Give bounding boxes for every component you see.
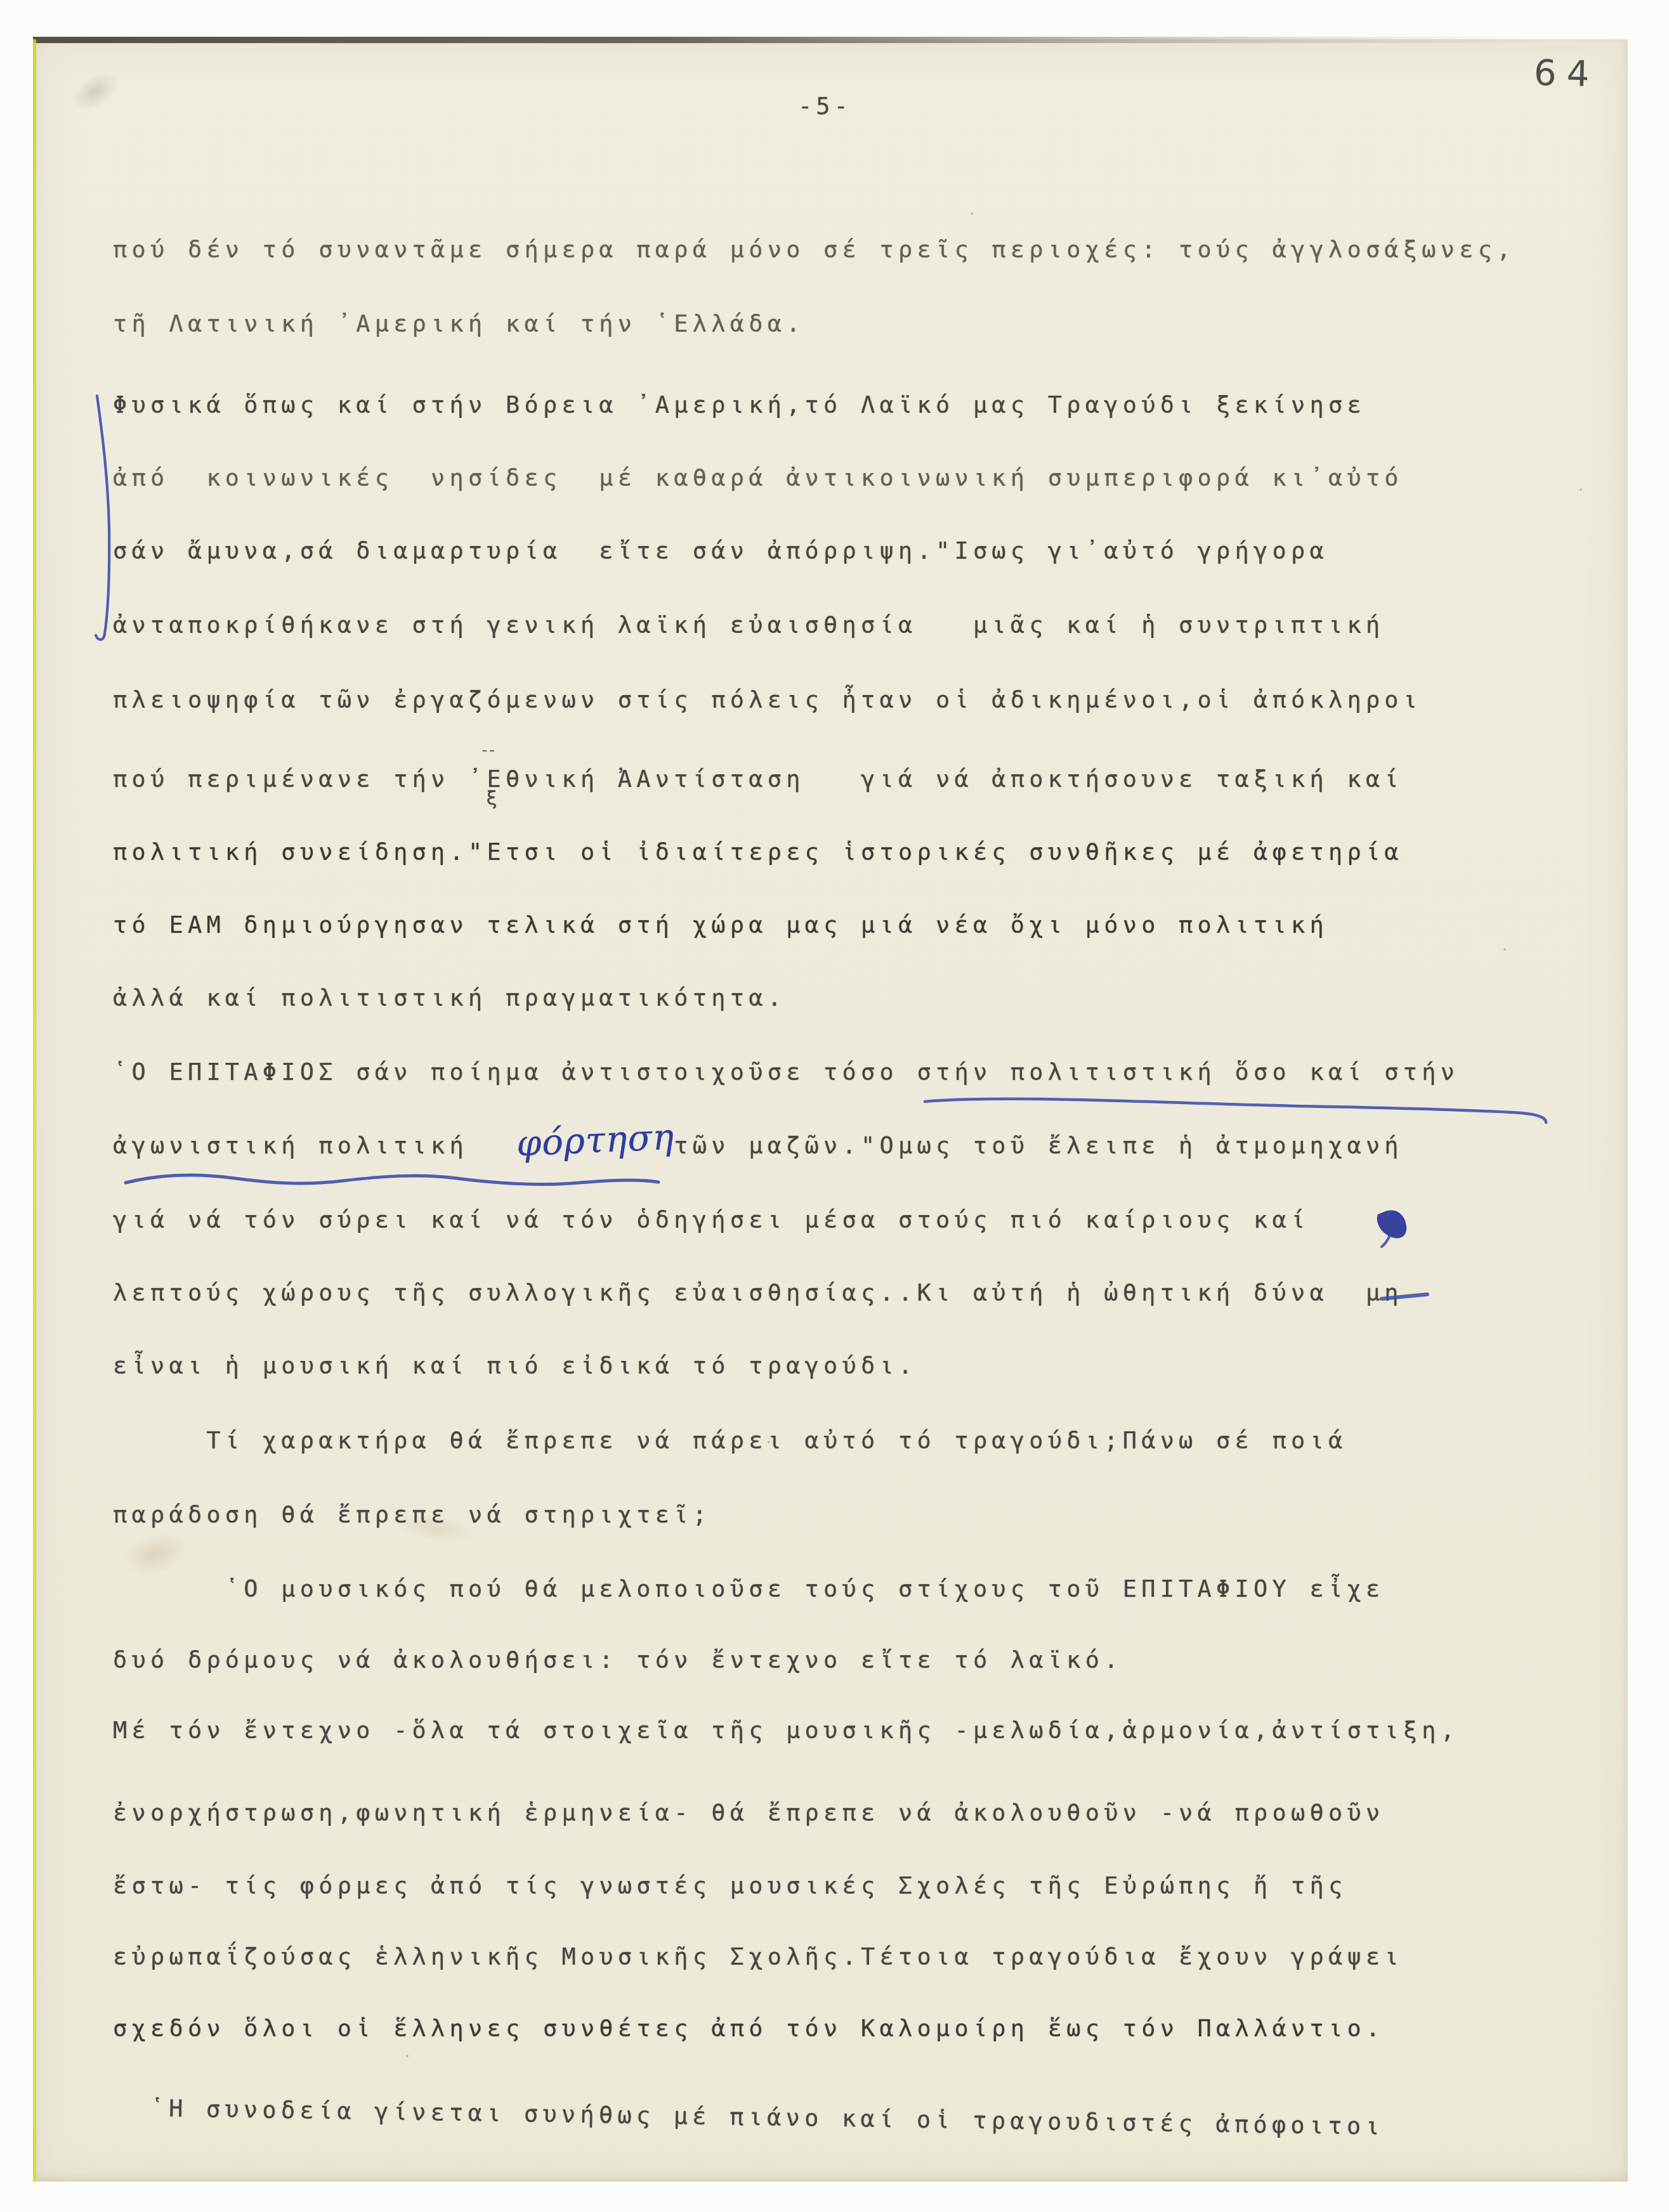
typed-line-9: πολιτική συνείδηση."Ετσι οἱ ἰδιαίτερες ἱ…	[113, 837, 1403, 868]
typed-line-1: πού δέν τό συναντᾶμε σήμερα παρά μόνο σέ…	[113, 235, 1515, 265]
typed-line-24: εὐρωπαΐζούσας ἑλληνικῆς Μουσικῆς Σχολῆς.…	[113, 1942, 1403, 1972]
paper-sheet	[33, 39, 1628, 2182]
paper-speck	[1503, 948, 1506, 951]
typed-line-18: παράδοση θά ἔπρεπε νά στηριχτεῖ;	[113, 1500, 711, 1530]
paper-speck	[1580, 488, 1582, 491]
typed-line-21: Μέ τόν ἔντεχνο -ὅλα τά στοιχεῖα τῆς μουσ…	[113, 1715, 1459, 1746]
typed-line-3: Φυσικά ὅπως καί στήν Βόρεια ᾿Αμερική,τό …	[113, 390, 1366, 420]
typed-line-2: τῆ Λατινική ᾿Αμερική καί τήν ῾Ελλάδα.	[113, 309, 805, 339]
scanned-typewritten-page: { "page": { "handwritten_page_number": "…	[0, 0, 1669, 2212]
typed-line-6: ἀνταποκρίθήκανε στή γενική λαϊκή εὐαισθη…	[113, 610, 1384, 641]
typed-line-17: Τί χαρακτήρα θά ἔπρεπε νά πάρει αὐτό τό …	[113, 1426, 1347, 1456]
typed-line-5: σάν ἄμυνα,σά διαμαρτυρία εἴτε σάν ἀπόρρι…	[113, 536, 1328, 566]
typed-line-12: ῾Ο ΕΠΙΤΑΦΙΟΣ σάν ποίημα ἀντιστοιχοῦσε τό…	[113, 1057, 1459, 1088]
typed-line-7: πλειοψηφία τῶν ἐργαζόμενων στίς πόλεις ἦ…	[113, 685, 1422, 715]
paper-speck	[971, 212, 973, 215]
typed-correction-marks: --	[480, 741, 494, 760]
handwritten-blue-word: φόρτηση	[516, 1117, 676, 1165]
typed-line-25: σχεδόν ὅλοι οἱ ἕλληνες συνθέτες ἀπό τόν …	[113, 2014, 1384, 2044]
typed-line-15: λεπτούς χώρους τῆς συλλογικῆς εὐαισθησία…	[113, 1278, 1403, 1308]
typed-line-13: ἀγωνιστική πολιτική τῶν μαζῶν."Ομως τοῦ …	[113, 1131, 1403, 1161]
handwritten-page-number: 64	[1533, 53, 1600, 96]
scan-top-edge	[33, 37, 1628, 43]
typed-line-14: γιά νά τόν σύρει καί νά τόν ὁδηγήσει μέσ…	[113, 1205, 1309, 1235]
typed-line-11: ἀλλά καί πολιτιστική πραγματικότητα.	[113, 983, 786, 1013]
typed-line-4: ἀπό κοινωνικές νησίδες μέ καθαρά ἀντικοι…	[113, 463, 1403, 493]
scan-left-edge	[33, 39, 36, 2182]
typed-correction-xi: ξ	[486, 788, 497, 810]
typed-page-number: -5-	[798, 93, 852, 120]
typed-line-22: ἐνορχήστρωση,φωνητική ἑρμηνεία- θά ἔπρεπ…	[113, 1798, 1384, 1828]
paper-speck	[406, 2055, 409, 2057]
typed-line-10: τό ΕΑΜ δημιούργησαν τελικά στή χώρα μας …	[113, 910, 1328, 940]
typed-line-16: εἶναι ἡ μουσική καί πιό εἰδικά τό τραγού…	[113, 1351, 917, 1381]
typed-line-23: ἔστω- τίς φόρμες ἀπό τίς γνωστές μουσικέ…	[113, 1871, 1347, 1901]
typed-line-20: δυό δρόμους νά ἀκολουθήσει: τόν ἔντεχνο …	[113, 1645, 1123, 1675]
typed-line-19: ῾Ο μουσικός πού θά μελοποιοῦσε τούς στίχ…	[113, 1574, 1384, 1604]
typed-line-8: πού περιμένανε τήν ᾿Εθνική ἈΑντίσταση γι…	[113, 764, 1403, 795]
